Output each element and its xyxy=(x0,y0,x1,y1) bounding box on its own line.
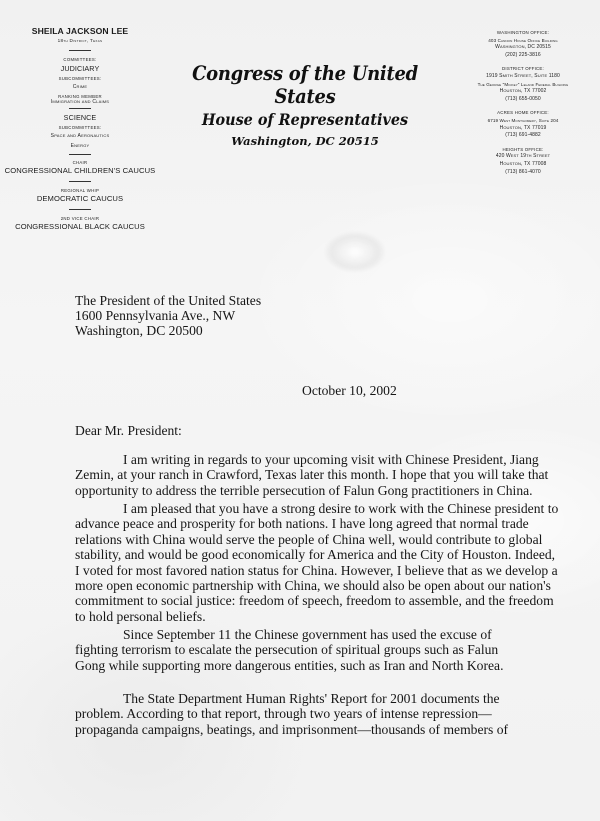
paragraph-line: Gong while supporting more dangerous ent… xyxy=(75,658,545,673)
office-heights: Heights Office: 420 West 19th Street Hou… xyxy=(448,146,598,176)
caucus-role: Chair xyxy=(0,160,160,165)
office-heading: Acres Home Office: xyxy=(448,109,598,117)
divider xyxy=(69,154,91,155)
masthead-subtitle: House of Representatives xyxy=(175,110,436,129)
subcommittees-label: Subcommittees: xyxy=(0,125,160,130)
embossed-seal xyxy=(325,232,385,272)
recipient-address: The President of the United States 1600 … xyxy=(75,293,595,339)
office-line: 403 Cannon House Office Building xyxy=(448,37,598,45)
paragraph-line: stability, and would be good economicall… xyxy=(75,547,545,562)
paragraph-line: I voted for most favored nation status f… xyxy=(75,563,545,578)
office-heading: District Office: xyxy=(448,65,598,73)
offices-column: Washington Office: 403 Cannon House Offi… xyxy=(448,29,598,182)
caucus-name: DEMOCRATIC CAUCUS xyxy=(0,194,160,203)
office-washington: Washington Office: 403 Cannon House Offi… xyxy=(448,29,598,59)
office-phone: (713) 655-0050 xyxy=(448,96,598,104)
office-line: 6719 West Montgomery, Suite 204 xyxy=(448,117,598,125)
paragraph-line: more open economic partnership with Chin… xyxy=(75,578,545,593)
committees-label: Committees: xyxy=(0,57,160,62)
recipient-line: The President of the United States xyxy=(75,293,595,308)
office-phone: (202) 225-3816 xyxy=(448,52,598,60)
paragraph-line: I am writing in regards to your upcoming… xyxy=(75,452,545,467)
body-paragraph: I am pleased that you have a strong desi… xyxy=(75,501,545,624)
paragraph-line: propaganda campaigns, beatings, and impr… xyxy=(75,722,545,737)
office-line: 420 West 19th Street xyxy=(448,153,598,161)
divider xyxy=(69,181,91,182)
office-line: 1919 Smith Street, Suite 1180 xyxy=(448,73,598,81)
letter-date: October 10, 2002 xyxy=(302,383,397,399)
committee-science: SCIENCE xyxy=(0,113,160,122)
committee-judiciary: JUDICIARY xyxy=(0,64,160,73)
office-line: Houston, TX 77002 xyxy=(448,88,598,96)
paragraph-line: problem. According to that report, throu… xyxy=(75,706,545,721)
recipient-line: 1600 Pennsylvania Ave., NW xyxy=(75,308,595,323)
divider xyxy=(69,50,91,51)
member-name: SHEILA JACKSON LEE xyxy=(0,26,160,36)
caucus-name: CONGRESSIONAL CHILDREN'S CAUCUS xyxy=(0,166,160,175)
office-heading: Washington Office: xyxy=(448,29,598,37)
divider xyxy=(69,209,91,210)
subcommittee-crime: Crime xyxy=(0,84,160,90)
caucus-role: Regional Whip xyxy=(0,188,160,193)
office-phone: (713) 691-4882 xyxy=(448,132,598,140)
subcommittee-space: Space and Aeronautics xyxy=(0,133,160,139)
office-district: District Office: 1919 Smith Street, Suit… xyxy=(448,65,598,103)
office-heading: Heights Office: xyxy=(448,146,598,154)
subcommittee-energy: Energy xyxy=(0,143,160,149)
body-paragraph: Since September 11 the Chinese governmen… xyxy=(75,627,545,673)
paragraph-line: relations with China would serve the peo… xyxy=(75,532,545,547)
office-line: Houston, TX 77019 xyxy=(448,125,598,133)
body-paragraph: The State Department Human Rights' Repor… xyxy=(75,691,545,737)
paragraph-line: to hold personal beliefs. xyxy=(75,609,545,624)
masthead: Congress of the United States House of R… xyxy=(160,62,450,148)
paragraph-line: advance peace and prosperity for both na… xyxy=(75,516,545,531)
paragraph-line: The State Department Human Rights' Repor… xyxy=(75,691,545,706)
paragraph-line: commitment to social justice: freedom of… xyxy=(75,593,545,608)
body-paragraph: I am writing in regards to your upcoming… xyxy=(75,452,545,498)
office-line: Houston, TX 77008 xyxy=(448,161,598,169)
member-info-column: SHEILA JACKSON LEE 18th District, Texas … xyxy=(0,24,160,231)
salutation: Dear Mr. President: xyxy=(75,423,182,439)
office-phone: (713) 861-4070 xyxy=(448,169,598,177)
caucus-role: 2nd Vice Chair xyxy=(0,216,160,221)
masthead-title: Congress of the United States xyxy=(172,62,439,108)
masthead-city: Washington, DC 20515 xyxy=(160,134,450,148)
subcommittee-immigration: Immigration and Claims xyxy=(0,99,160,105)
member-district: 18th District, Texas xyxy=(0,38,160,43)
paragraph-line: fighting terrorism to escalate the perse… xyxy=(75,642,545,657)
office-line: Washington, DC 20515 xyxy=(448,44,598,52)
divider xyxy=(69,108,91,109)
recipient-line: Washington, DC 20500 xyxy=(75,323,595,338)
office-line: The George "Mickey" Leland Federal Build… xyxy=(448,81,598,89)
subcommittees-label: Subcommittees: xyxy=(0,76,160,81)
paragraph-line: opportunity to address the terrible pers… xyxy=(75,483,545,498)
office-acres-home: Acres Home Office: 6719 West Montgomery,… xyxy=(448,109,598,139)
paragraph-line: Since September 11 the Chinese governmen… xyxy=(75,627,545,642)
paragraph-line: I am pleased that you have a strong desi… xyxy=(75,501,545,516)
caucus-name: CONGRESSIONAL BLACK CAUCUS xyxy=(0,222,160,231)
paragraph-line: Zemin, at your ranch in Crawford, Texas … xyxy=(75,467,545,482)
